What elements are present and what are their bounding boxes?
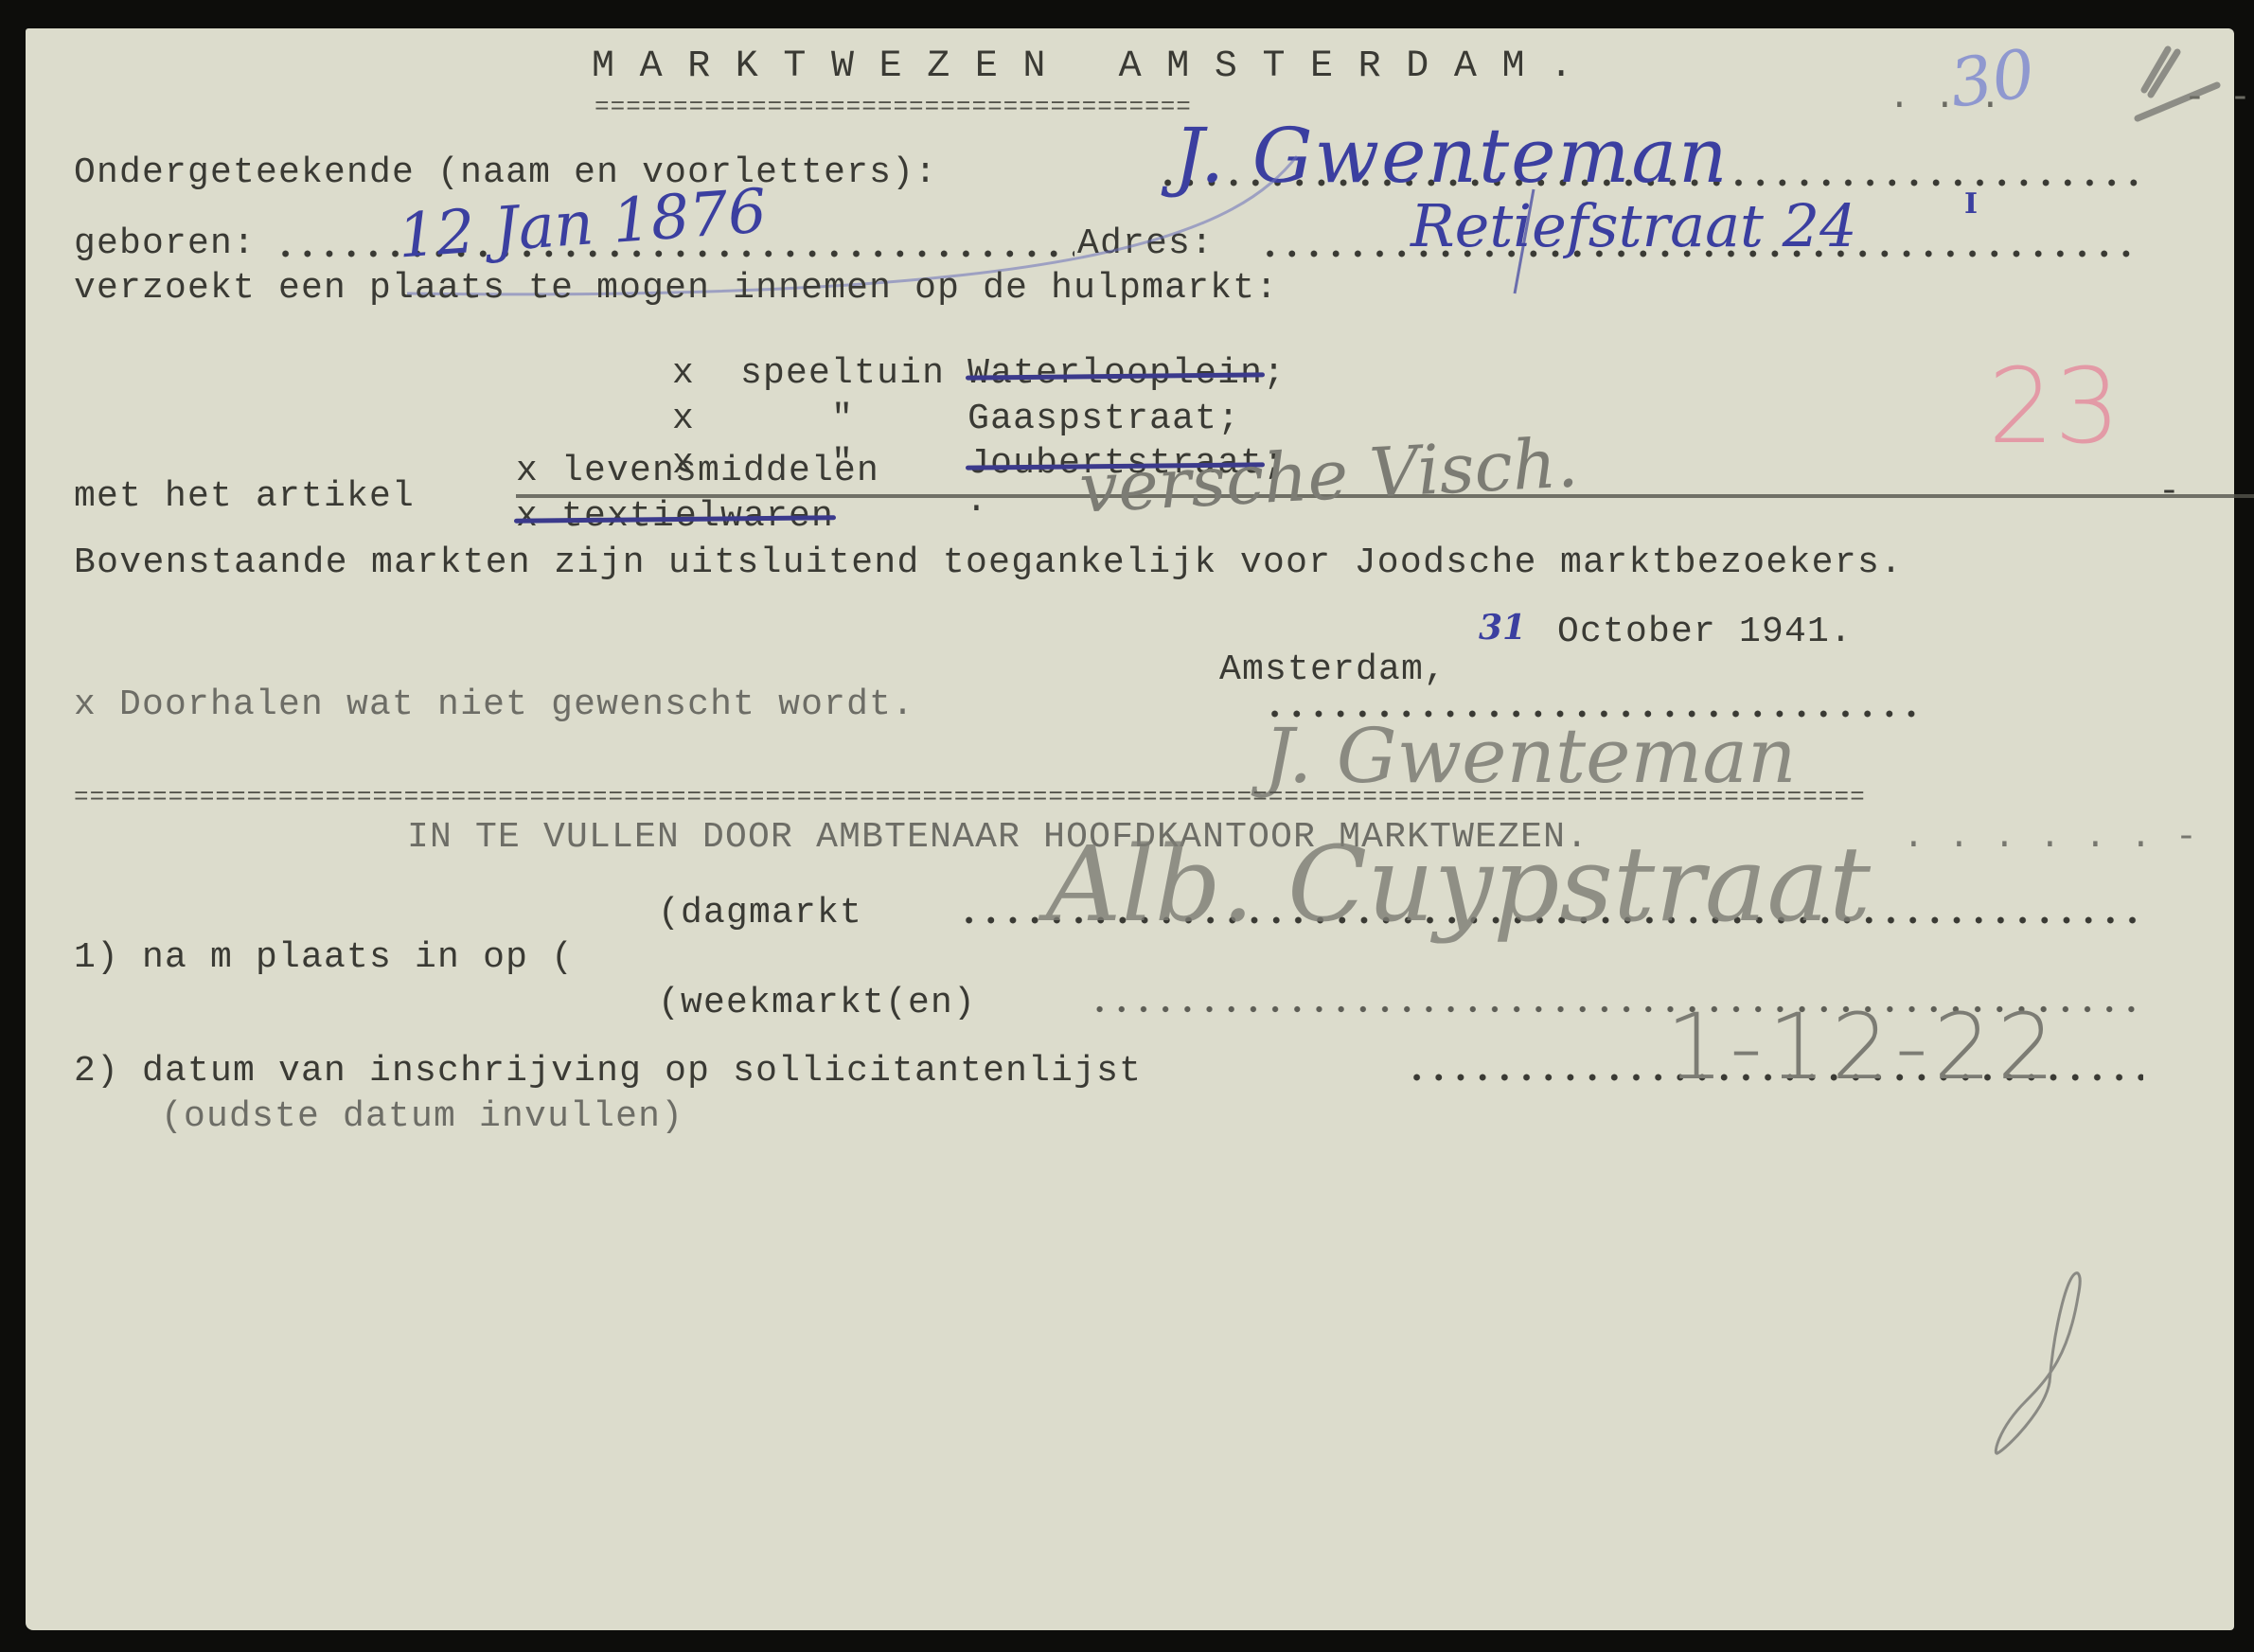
article-option-textile-text: x textielwaren — [516, 496, 834, 537]
top-right-dots: . . . - - — [1889, 80, 2252, 117]
item2-sub-label: (oudste datum invullen) — [161, 1098, 683, 1136]
article-label: met het artikel — [74, 478, 415, 516]
day-market-label: (dagmarkt — [658, 895, 862, 933]
place-city: Amsterdam, — [1219, 649, 1446, 690]
request-text: verzoekt een plaats te mogen innemen op … — [74, 270, 1278, 308]
page-number: 8 — [2054, 1373, 2055, 1374]
form-title: MARKTWEZEN AMSTERDAM. — [592, 45, 1598, 88]
applicant-signature: J. Gwenteman — [1264, 712, 1797, 800]
article-option-textile[interactable]: x textielwaren — [516, 498, 834, 536]
date-day[interactable]: 31 — [1479, 608, 1526, 648]
market-option-1-suffix: ; — [1263, 353, 1286, 394]
page-number-8-glyph — [1988, 1269, 2102, 1477]
notice-text: Bovenstaande markten zijn uitsluitend to… — [74, 544, 1903, 582]
margin-tick: - — [2158, 473, 2181, 511]
registration-date-value[interactable]: 1-12-22 — [1666, 994, 2061, 1100]
annotation-red-number: 23 — [1988, 346, 2121, 467]
strike-instruction-footnote: x Doorhalen wat niet gewenscht wordt. — [74, 686, 914, 724]
place-date: Amsterdam, — [1174, 613, 1446, 689]
address-floor: I — [1964, 187, 1978, 221]
born-label: geboren: — [74, 225, 256, 263]
item1-label: 1) na m plaats in op ( — [74, 939, 574, 977]
week-market-label: (weekmarkt(en) — [658, 985, 976, 1022]
date-month-year: October 1941. — [1557, 613, 1853, 651]
day-market-value[interactable]: Alb. Cuypstraat — [1046, 824, 1871, 945]
item2-label: 2) datum van inschrijving op sollicitant… — [74, 1053, 1142, 1091]
section-separator: ========================================… — [74, 789, 2147, 806]
office-heading-dots: . . . . . . - — [1903, 819, 2198, 857]
article-period: . — [966, 483, 988, 521]
